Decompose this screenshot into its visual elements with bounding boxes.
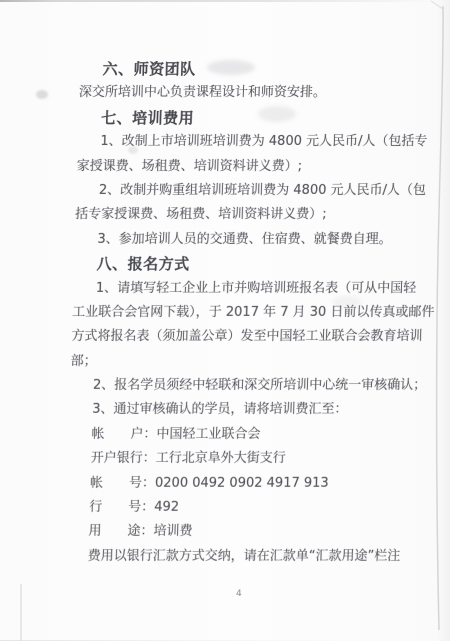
account-number-line: 帐 号：0200 0492 0902 4917 913 bbox=[67, 472, 418, 496]
document-text: 六、师资团队 深交所培训中心负责课程设计和师资安排。 七、培训费用 1、改制上市… bbox=[64, 57, 430, 569]
section-heading-teachers: 六、师资团队 bbox=[79, 57, 430, 81]
scanned-page: 六、师资团队 深交所培训中心负责课程设计和师资安排。 七、培训费用 1、改制上市… bbox=[0, 0, 450, 641]
doc-line: 部； bbox=[70, 350, 421, 374]
doc-line: 深交所培训中心负责课程设计和师资安排。 bbox=[79, 81, 430, 105]
scan-smudge bbox=[36, 90, 48, 99]
bank-branch-line: 开户银行：工行北京阜外大街支行 bbox=[67, 447, 418, 471]
scan-bottomleft-edge bbox=[20, 584, 22, 641]
doc-line: 2、报名学员须经中轻联和深交所培训中心统一审核确认； bbox=[70, 374, 421, 398]
doc-line: 方式将报名表（须加盖公章）发至中国轻工业联合会教育培训 bbox=[71, 325, 422, 349]
account-name-line: 帐 户：中国轻工业联合会 bbox=[68, 423, 419, 447]
doc-line: 费用以银行汇款方式交纳，请在汇款单“汇款用途”栏注 bbox=[64, 545, 415, 569]
section-heading-fees: 七、培训费用 bbox=[78, 106, 429, 130]
section-heading-signup: 八、报名方式 bbox=[73, 252, 424, 276]
doc-line: 括专家授课费、场租费、培训资料讲义费）; bbox=[75, 203, 426, 227]
doc-line: 2、改制并购重组培训班培训费为 4800 元人民币/人（包 bbox=[76, 179, 427, 203]
doc-line: 1、改制上市培训班培训费为 4800 元人民币/人（包括专 bbox=[77, 130, 428, 154]
page-number: 4 bbox=[236, 589, 242, 599]
bank-code-line: 行 号：492 bbox=[66, 496, 417, 520]
purpose-line: 用 途：培训费 bbox=[65, 520, 416, 544]
doc-line: 3、参加培训人员的交通费、住宿费、就餐费自理。 bbox=[74, 228, 425, 252]
doc-line: 1、请填写轻工企业上市并购培训班报名表（可从中国轻 bbox=[73, 277, 424, 301]
doc-line: 工业联合会官网下载），于 2017 年 7 月 30 日前以传真或邮件 bbox=[72, 301, 423, 325]
doc-line: 家授课费、场租费、培训资料讲义费）; bbox=[76, 155, 427, 179]
doc-line: 3、通过审核确认的学员，请将培训费汇至： bbox=[69, 398, 420, 422]
scan-top-edge bbox=[0, 0, 443, 2]
